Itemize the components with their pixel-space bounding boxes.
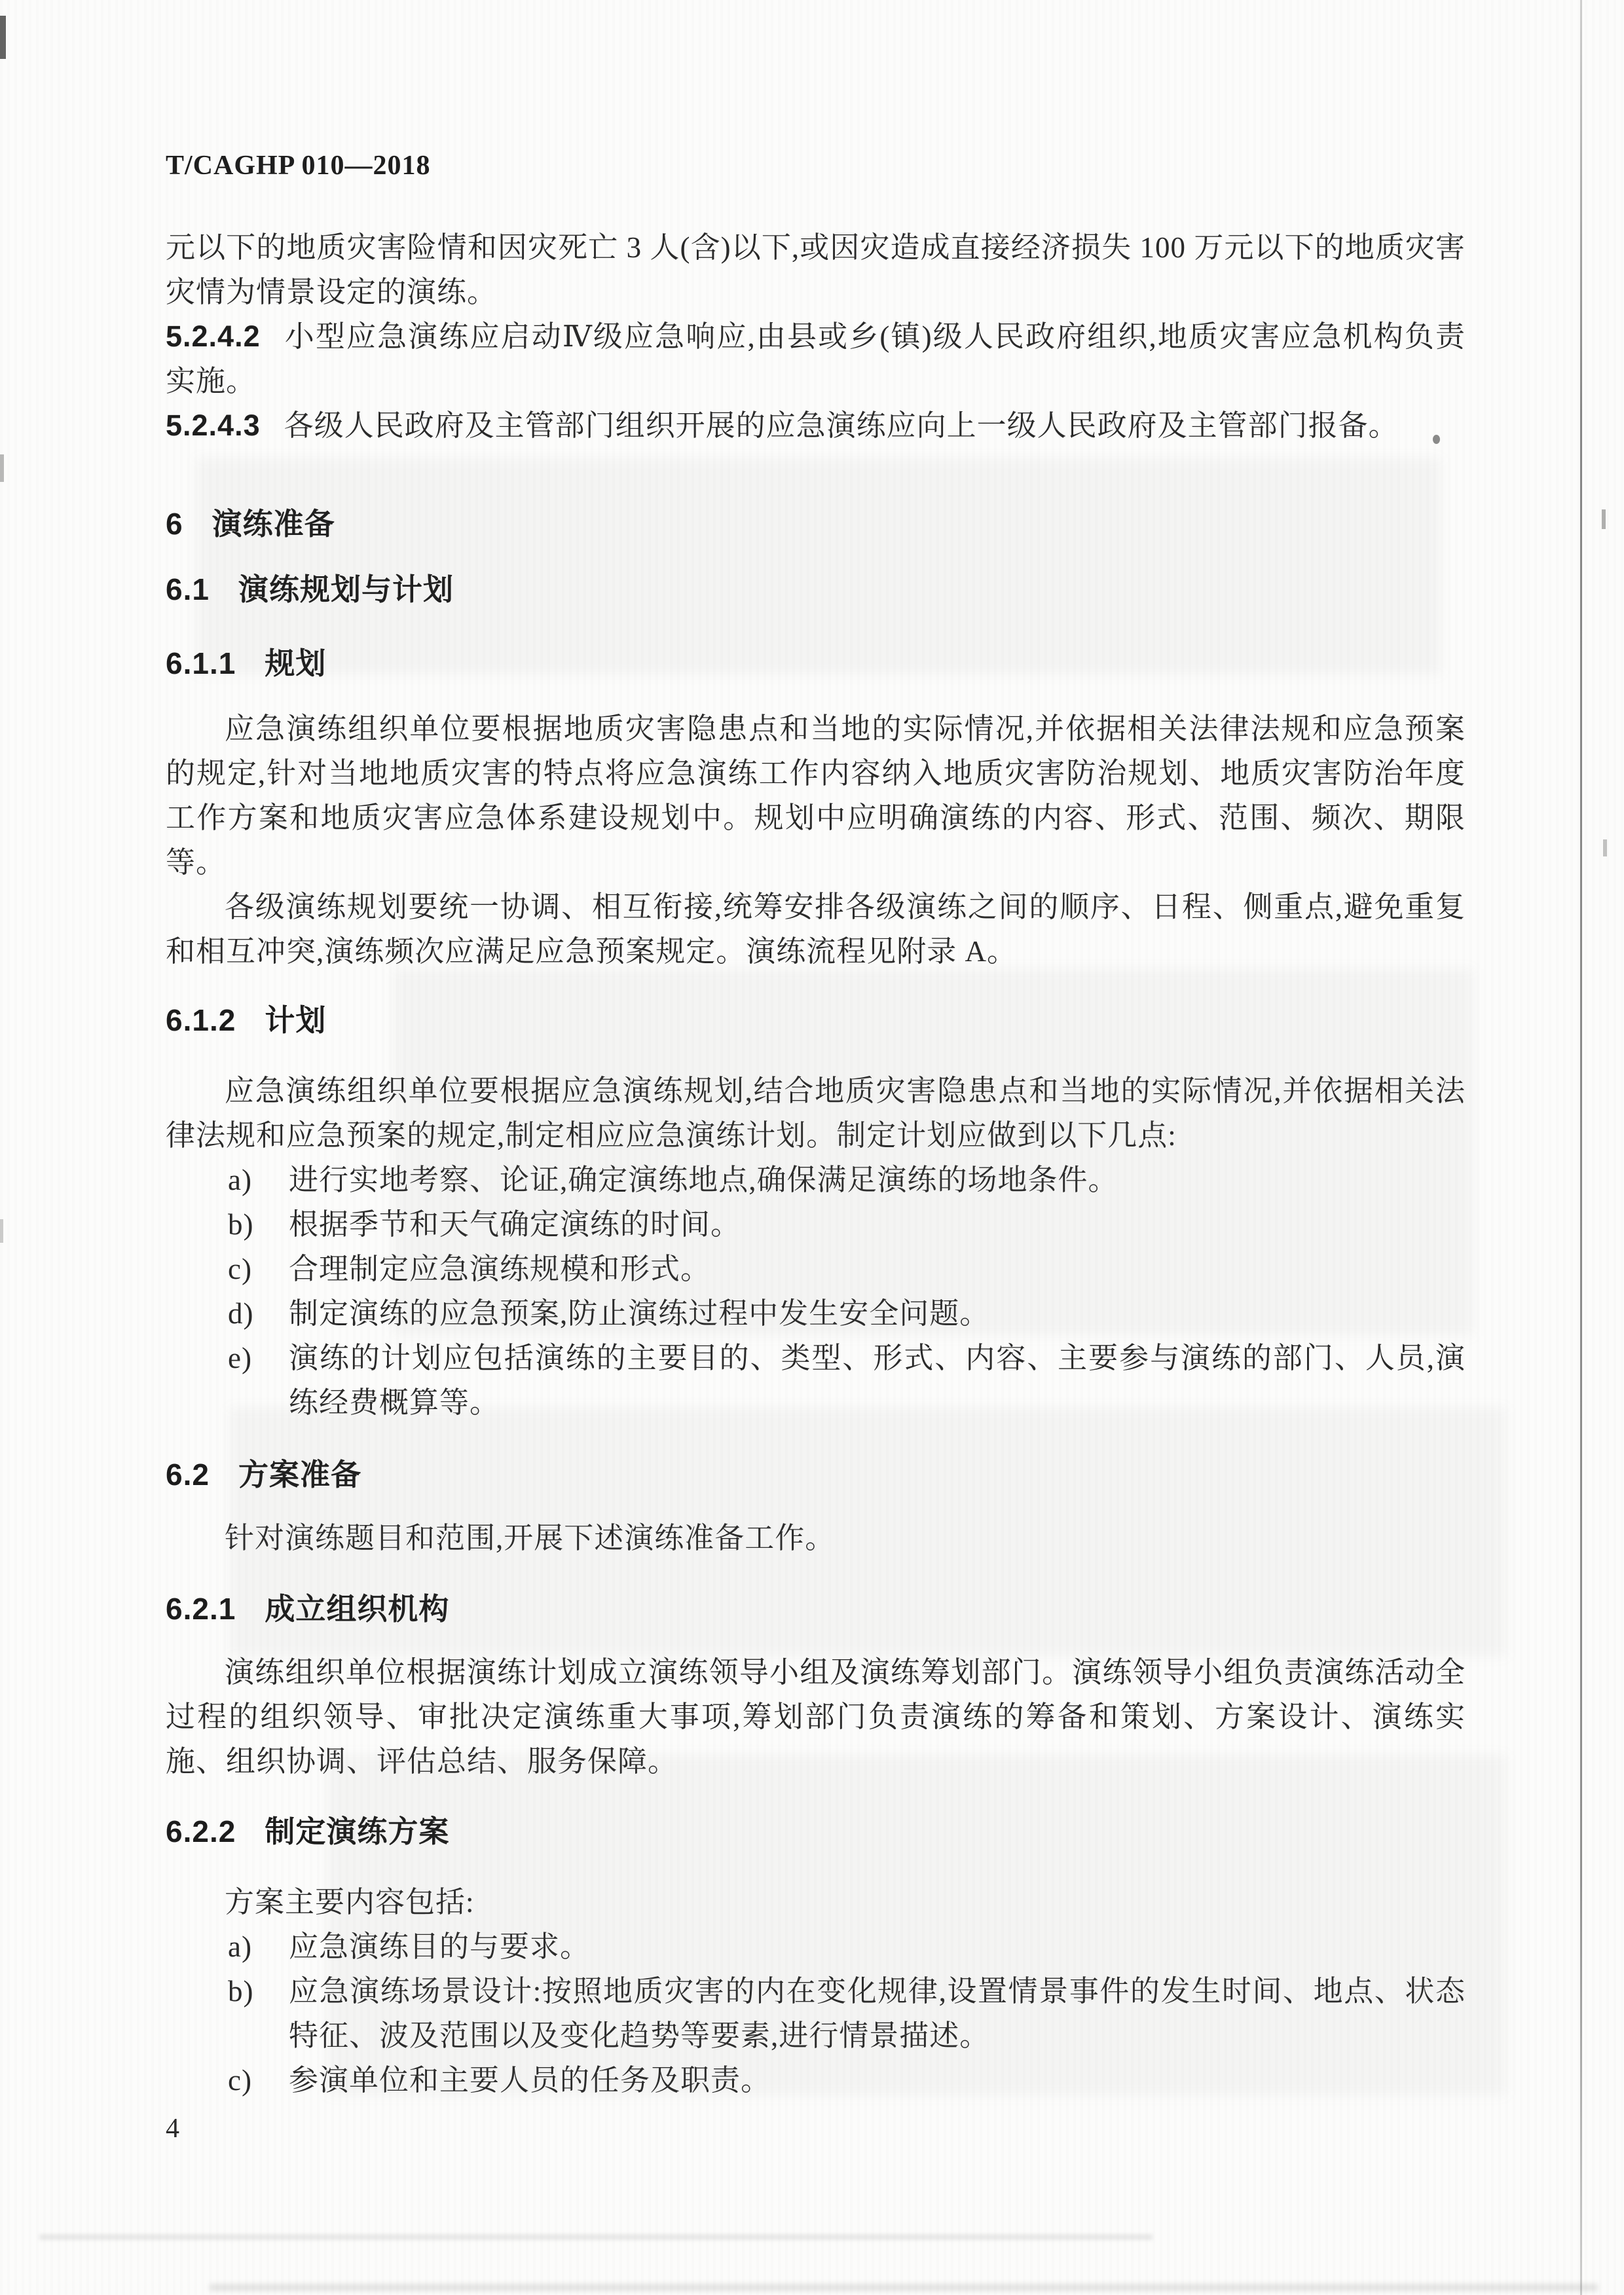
- list-item-text: 演练的计划应包括演练的主要目的、类型、形式、内容、主要参与演练的部门、人员,演练…: [289, 1342, 1466, 1419]
- heading-number: 6.1: [166, 572, 210, 606]
- list-item-text: 应急演练目的与要求。: [289, 1930, 590, 1963]
- chapter-6-heading: 6演练准备: [166, 502, 1466, 546]
- heading-title: 制定演练方案: [265, 1814, 449, 1848]
- list-marker: a): [228, 1924, 252, 1969]
- section-6-2-1-paragraph: 演练组织单位根据演练计划成立演练领导小组及演练筹划部门。演练领导小组负责演练活动…: [166, 1650, 1466, 1784]
- heading-title: 计划: [265, 1003, 326, 1037]
- list-marker: d): [228, 1291, 254, 1336]
- list-marker: a): [228, 1158, 252, 1202]
- list-item: e)演练的计划应包括演练的主要目的、类型、形式、内容、主要参与演练的部门、人员,…: [166, 1336, 1466, 1425]
- scan-smudge: [39, 2234, 1153, 2240]
- section-6-1-2-heading: 6.1.2计划: [166, 998, 1466, 1042]
- list-marker: c): [228, 1247, 252, 1291]
- section-6-1-1-paragraph-2: 各级演练规划要统一协调、相互衔接,统筹安排各级演练之间的顺序、日程、侧重点,避免…: [166, 885, 1466, 974]
- section-6-1-1-heading: 6.1.1规划: [166, 641, 1466, 686]
- heading-number: 6.1.1: [166, 646, 236, 680]
- scan-edge-mark: [0, 1219, 3, 1243]
- list-item-text: 进行实地考察、论证,确定演练地点,确保满足演练的场地条件。: [289, 1164, 1118, 1196]
- list-item: a)应急演练目的与要求。: [166, 1924, 1466, 1969]
- heading-title: 演练准备: [212, 507, 335, 541]
- list-item-text: 参演单位和主要人员的任务及职责。: [289, 2064, 771, 2097]
- ink-speck: [1602, 509, 1606, 529]
- page-content: T/CAGHP 010—2018 元以下的地质灾害险情和因灾死亡 3 人(含)以…: [166, 149, 1466, 2148]
- clause-number: 5.2.4.2: [166, 320, 261, 353]
- heading-number: 6.2: [166, 1458, 210, 1492]
- section-6-2-1-heading: 6.2.1成立组织机构: [166, 1587, 1466, 1631]
- scanned-document-page: T/CAGHP 010—2018 元以下的地质灾害险情和因灾死亡 3 人(含)以…: [0, 0, 1624, 2295]
- page-number: 4: [166, 2109, 1466, 2148]
- heading-title: 规划: [265, 646, 326, 680]
- list-item-text: 合理制定应急演练规模和形式。: [289, 1253, 710, 1285]
- section-6-2-2-heading: 6.2.2制定演练方案: [166, 1809, 1466, 1854]
- heading-title: 演练规划与计划: [238, 572, 454, 606]
- list-item-text: 应急演练场景设计:按照地质灾害的内在变化规律,设置情景事件的发生时间、地点、状态…: [289, 1975, 1466, 2052]
- clause-number: 5.2.4.3: [166, 409, 261, 442]
- clause-5-2-4-2: 5.2.4.2小型应急演练应启动Ⅳ级应急响应,由县或乡(镇)级人民政府组织,地质…: [166, 314, 1466, 403]
- list-marker: c): [228, 2058, 252, 2102]
- list-item: c)合理制定应急演练规模和形式。: [166, 1247, 1466, 1291]
- list-item: c)参演单位和主要人员的任务及职责。: [166, 2058, 1466, 2102]
- scan-smudge: [210, 2284, 1598, 2291]
- section-6-2-2-intro: 方案主要内容包括:: [166, 1880, 1466, 1924]
- heading-number: 6.2.1: [166, 1592, 236, 1626]
- scan-edge-line: [1580, 0, 1582, 2295]
- scan-corner-mark: [0, 16, 6, 59]
- heading-title: 方案准备: [238, 1458, 361, 1492]
- scan-edge-mark: [0, 454, 4, 482]
- list-item: b)根据季节和天气确定演练的时间。: [166, 1202, 1466, 1247]
- heading-number: 6.1.2: [166, 1003, 236, 1037]
- list-item-text: 制定演练的应急预案,防止演练过程中发生安全问题。: [289, 1297, 989, 1330]
- section-6-1-1-paragraph-1: 应急演练组织单位要根据地质灾害隐患点和当地的实际情况,并依据相关法律法规和应急预…: [166, 707, 1466, 885]
- list-marker: b): [228, 1969, 254, 2013]
- list-marker: b): [228, 1202, 254, 1247]
- continuation-paragraph: 元以下的地质灾害险情和因灾死亡 3 人(含)以下,或因灾造成直接经济损失 100…: [166, 225, 1466, 314]
- list-item: d)制定演练的应急预案,防止演练过程中发生安全问题。: [166, 1291, 1466, 1336]
- ink-speck: [1603, 839, 1607, 856]
- heading-number: 6: [166, 507, 183, 541]
- section-6-1-2-intro: 应急演练组织单位要根据应急演练规划,结合地质灾害隐患点和当地的实际情况,并依据相…: [166, 1069, 1466, 1158]
- list-item-text: 根据季节和天气确定演练的时间。: [289, 1208, 741, 1241]
- heading-title: 成立组织机构: [265, 1592, 449, 1626]
- section-6-2-heading: 6.2方案准备: [166, 1452, 1466, 1497]
- list-marker: e): [228, 1336, 252, 1380]
- standard-code-header: T/CAGHP 010—2018: [166, 149, 1466, 182]
- heading-number: 6.2.2: [166, 1814, 236, 1848]
- list-item: a)进行实地考察、论证,确定演练地点,确保满足演练的场地条件。: [166, 1158, 1466, 1202]
- clause-text: 小型应急演练应启动Ⅳ级应急响应,由县或乡(镇)级人民政府组织,地质灾害应急机构负…: [166, 320, 1466, 397]
- section-6-2-intro: 针对演练题目和范围,开展下述演练准备工作。: [166, 1516, 1466, 1560]
- list-item: b)应急演练场景设计:按照地质灾害的内在变化规律,设置情景事件的发生时间、地点、…: [166, 1969, 1466, 2058]
- section-6-1-heading: 6.1演练规划与计划: [166, 567, 1466, 612]
- clause-text: 各级人民政府及主管部门组织开展的应急演练应向上一级人民政府及主管部门报备。: [284, 409, 1399, 442]
- clause-5-2-4-3: 5.2.4.3各级人民政府及主管部门组织开展的应急演练应向上一级人民政府及主管部…: [166, 403, 1466, 448]
